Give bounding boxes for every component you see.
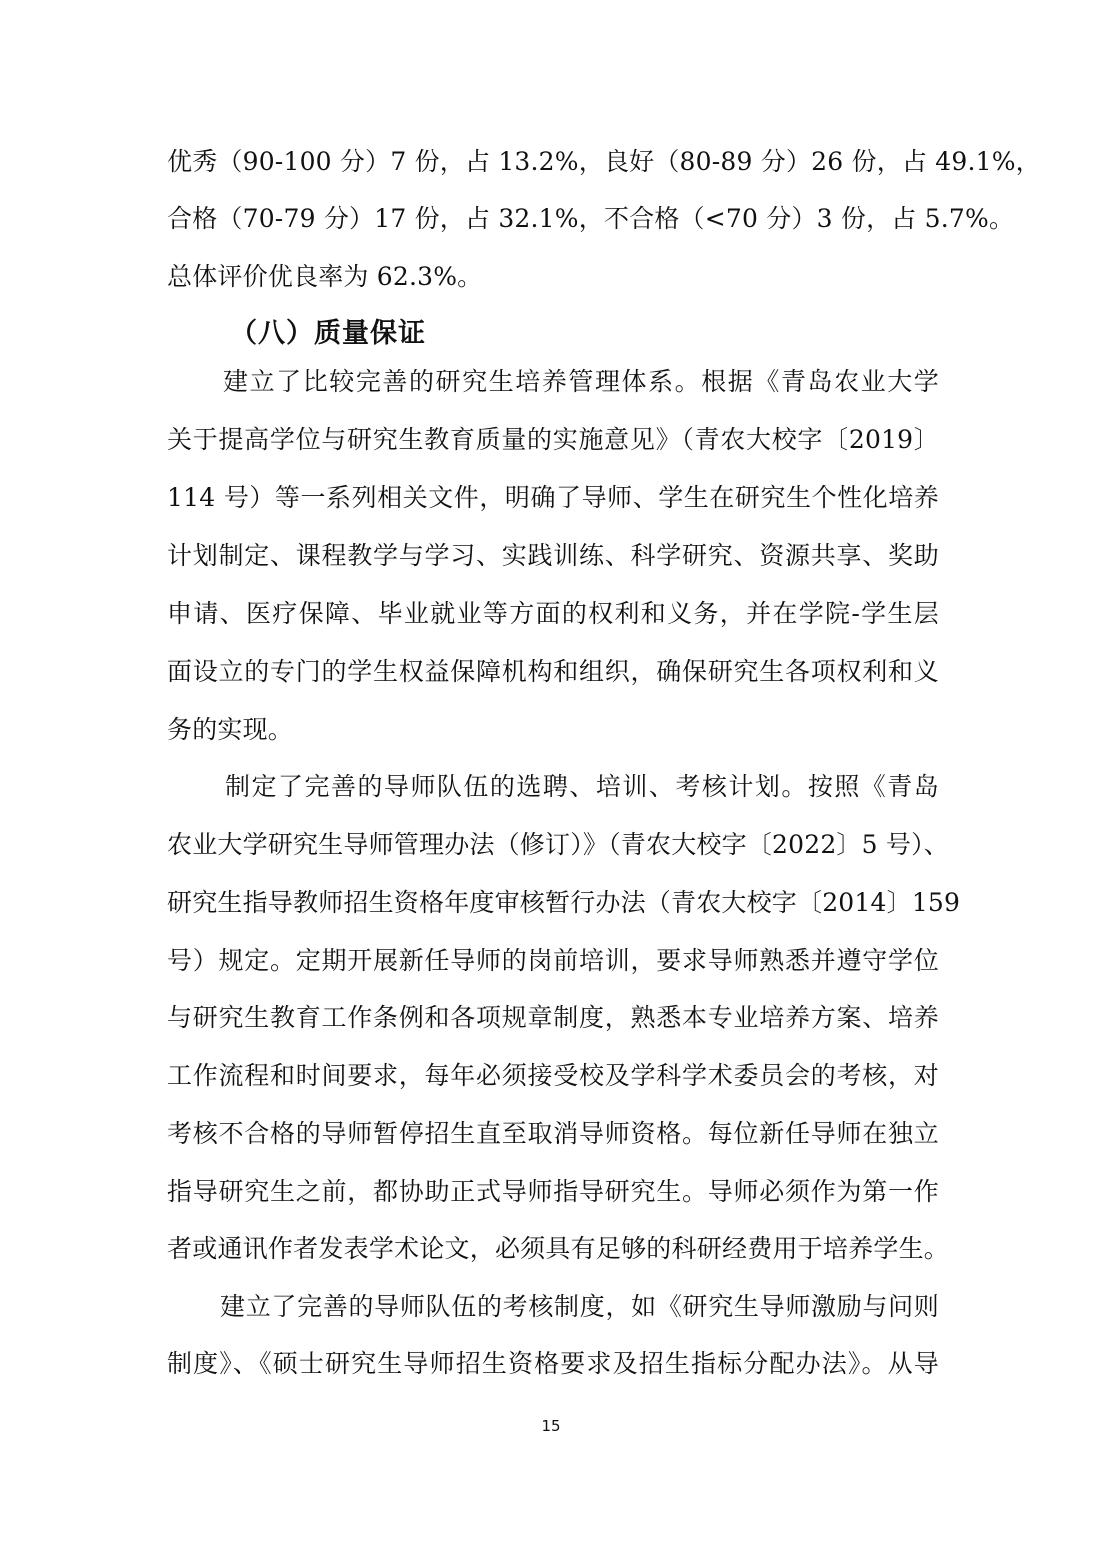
paragraph-line: 与研究生教育工作条例和各项规章制度，熟悉本专业培养方案、培养 [167, 1003, 939, 1033]
page-number: 15 [0, 1417, 1102, 1435]
paragraph-line: 面设立的专门的学生权益保障机构和组织，确保研究生各项权利和义 [167, 657, 939, 687]
paragraph-line: 号）规定。定期开展新任导师的岗前培训，要求导师熟悉并遵守学位 [167, 946, 939, 976]
section-heading: （八）质量保证 [230, 318, 426, 350]
paragraph-line: 者或通讯作者发表学术论文，必须具有足够的科研经费用于培养学生。 [167, 1234, 949, 1264]
intro-line: 合格（70-79 分）17 份，占 32.1%，不合格（<70 分）3 份，占 … [167, 204, 939, 234]
intro-line: 优秀（90-100 分）7 份，占 13.2%，良好（80-89 分）26 份，… [167, 147, 939, 177]
paragraph-line: 农业大学研究生导师管理办法（修订）》（青农大校字〔2022〕5 号）、 [167, 830, 939, 860]
paragraph-line: 制度》、《硕士研究生导师招生资格要求及招生指标分配办法》。从导 [167, 1349, 939, 1379]
paragraph-line: 关于提高学位与研究生教育质量的实施意见》（青农大校字〔2019〕 [167, 425, 939, 455]
paragraph-line: 114 号）等一系列相关文件，明确了导师、学生在研究生个性化培养 [167, 483, 939, 513]
paragraph-line: 建立了完善的导师队伍的考核制度，如《研究生导师激励与问则 [220, 1292, 939, 1322]
paragraph-line: 制定了完善的导师队伍的选聘、培训、考核计划。按照《青岛 [225, 772, 939, 802]
paragraph-line: 建立了比较完善的研究生培养管理体系。根据《青岛农业大学 [223, 367, 939, 397]
paragraph-line: 指导研究生之前，都协助正式导师指导研究生。导师必须作为第一作 [167, 1177, 939, 1207]
paragraph-line: 工作流程和时间要求，每年必须接受校及学科学术委员会的考核，对 [167, 1061, 939, 1091]
paragraph-line: 计划制定、课程教学与学习、实践训练、科学研究、资源共享、奖助 [167, 541, 939, 571]
intro-line: 总体评价优良率为 62.3%。 [167, 262, 939, 292]
paragraph-line: 务的实现。 [167, 715, 939, 745]
document-page: 优秀（90-100 分）7 份，占 13.2%，良好（80-89 分）26 份，… [0, 0, 1102, 1559]
paragraph-line: 考核不合格的导师暂停招生直至取消导师资格。每位新任导师在独立 [167, 1119, 939, 1149]
paragraph-line: 申请、医疗保障、毕业就业等方面的权利和义务，并在学院-学生层 [167, 599, 939, 629]
paragraph-line: 研究生指导教师招生资格年度审核暂行办法（青农大校字〔2014〕159 [167, 888, 939, 918]
